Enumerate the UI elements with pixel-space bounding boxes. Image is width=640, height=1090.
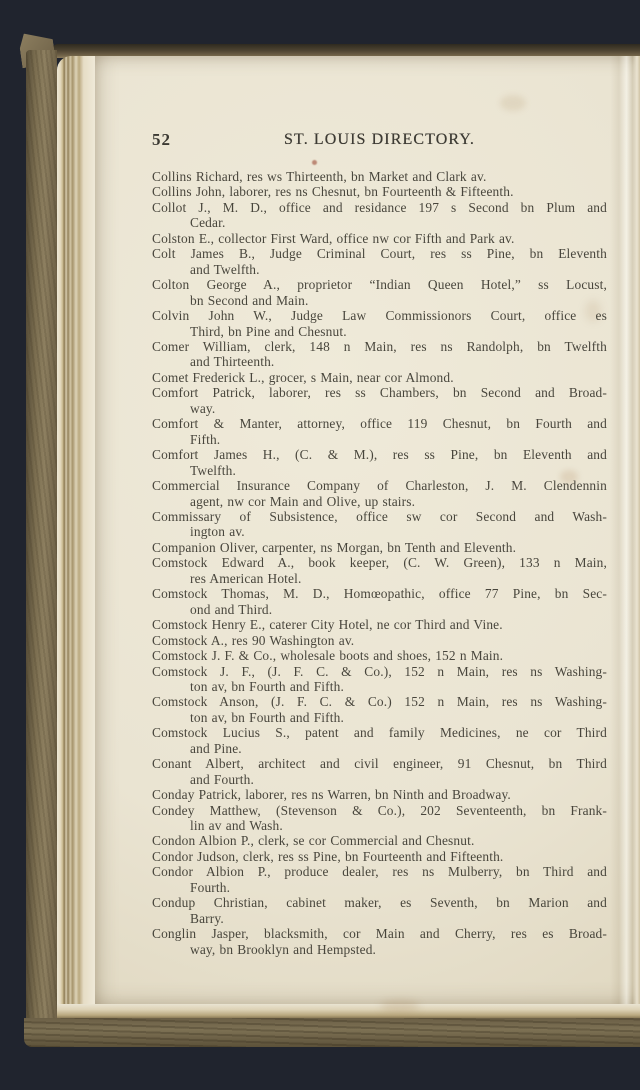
directory-entry: Colton George A., proprietor “Indian Que… [152,277,607,308]
directory-entry: Colt James B., Judge Criminal Court, res… [152,246,607,277]
directory-entry: Comstock Edward A., book keeper, (C. W. … [152,555,607,586]
entry-line: Commissary of Subsistence, office sw cor… [152,509,607,524]
entry-line: ton av, bn Fourth and Fifth. [152,679,607,694]
directory-entry: Conday Patrick, laborer, res ns Warren, … [152,787,607,802]
photo-backdrop: 52 ST. LOUIS DIRECTORY. Collins Richard,… [0,0,640,1090]
directory-entry: Comfort James H., (C. & M.), res ss Pine… [152,447,607,478]
entry-line: Colvin John W., Judge Law Commissionors … [152,308,607,323]
directory-entry: Comstock Lucius S., patent and family Me… [152,725,607,756]
entry-line: Barry. [152,911,607,926]
directory-entry: Condor Albion P., produce dealer, res ns… [152,864,607,895]
entry-line: Collins Richard, res ws Thirteenth, bn M… [152,169,607,184]
entry-line: Fifth. [152,432,607,447]
entry-line: Comstock A., res 90 Washington av. [152,633,607,648]
entry-line: Comstock Henry E., caterer City Hotel, n… [152,617,607,632]
directory-entry: Comfort & Manter, attorney, office 119 C… [152,416,607,447]
entry-line: and Fourth. [152,772,607,787]
directory-entry: Condup Christian, cabinet maker, es Seve… [152,895,607,926]
directory-entry: Comstock Henry E., caterer City Hotel, n… [152,617,607,632]
entry-line: Condor Albion P., produce dealer, res ns… [152,864,607,879]
directory-entry: Colston E., collector First Ward, office… [152,231,607,246]
directory-entry: Commercial Insurance Company of Charlest… [152,478,607,509]
entry-line: Comstock Lucius S., patent and family Me… [152,725,607,740]
directory-entry: Collins Richard, res ws Thirteenth, bn M… [152,169,607,184]
directory-entry: Comet Frederick L., grocer, s Main, near… [152,370,607,385]
entry-line: way. [152,401,607,416]
book-cover-left [26,50,57,1046]
book-cover-bottom [24,1018,640,1047]
entry-line: Third, bn Pine and Chesnut. [152,324,607,339]
page-fore-edge-right [610,56,640,1004]
entry-line: Conday Patrick, laborer, res ns Warren, … [152,787,607,802]
entry-line: and Pine. [152,741,607,756]
directory-entry: Colvin John W., Judge Law Commissionors … [152,308,607,339]
directory-entry: Comstock J. F., (J. F. C. & Co.), 152 n … [152,664,607,695]
entry-line: agent, nw cor Main and Olive, up stairs. [152,494,607,509]
entry-line: Colt James B., Judge Criminal Court, res… [152,246,607,261]
directory-entry: Collot J., M. D., office and residance 1… [152,200,607,231]
entry-line: Comfort & Manter, attorney, office 119 C… [152,416,607,431]
entry-line: ington av. [152,524,607,539]
entry-line: ond and Third. [152,602,607,617]
directory-entry: Companion Oliver, carpenter, ns Morgan, … [152,540,607,555]
entry-line: Colton George A., proprietor “Indian Que… [152,277,607,292]
page-header: 52 ST. LOUIS DIRECTORY. [152,130,607,152]
entry-line: Comfort James H., (C. & M.), res ss Pine… [152,447,607,462]
entry-line: Condey Matthew, (Stevenson & Co.), 202 S… [152,803,607,818]
entry-line: Colston E., collector First Ward, office… [152,231,607,246]
page-title: ST. LOUIS DIRECTORY. [152,131,607,149]
entry-line: and Twelfth. [152,262,607,277]
entry-line: Comstock Edward A., book keeper, (C. W. … [152,555,607,570]
directory-entry: Commissary of Subsistence, office sw cor… [152,509,607,540]
entry-line: way, bn Brooklyn and Hempsted. [152,942,607,957]
entry-line: ton av, bn Fourth and Fifth. [152,710,607,725]
directory-list: Collins Richard, res ws Thirteenth, bn M… [152,169,607,957]
directory-entry: Comfort Patrick, laborer, res ss Chamber… [152,385,607,416]
directory-entry: Condey Matthew, (Stevenson & Co.), 202 S… [152,803,607,834]
page-edges-bottom [57,1004,640,1018]
entry-line: Comstock J. F., (J. F. C. & Co.), 152 n … [152,664,607,679]
entry-line: Comet Frederick L., grocer, s Main, near… [152,370,607,385]
entry-line: Collins John, laborer, res ns Chesnut, b… [152,184,607,199]
directory-entry: Comstock J. F. & Co., wholesale boots an… [152,648,607,663]
entry-line: Comer William, clerk, 148 n Main, res ns… [152,339,607,354]
directory-entry: Collins John, laborer, res ns Chesnut, b… [152,184,607,199]
entry-line: Condon Albion P., clerk, se cor Commerci… [152,833,607,848]
entry-line: Companion Oliver, carpenter, ns Morgan, … [152,540,607,555]
directory-entry: Conglin Jasper, blacksmith, cor Main and… [152,926,607,957]
entry-line: Collot J., M. D., office and residance 1… [152,200,607,215]
entry-line: Twelfth. [152,463,607,478]
page-content: 52 ST. LOUIS DIRECTORY. Collins Richard,… [152,130,607,957]
directory-entry: Comstock Thomas, M. D., Homœopathic, off… [152,586,607,617]
entry-line: Comfort Patrick, laborer, res ss Chamber… [152,385,607,400]
entry-line: Conant Albert, architect and civil engin… [152,756,607,771]
entry-line: and Thirteenth. [152,354,607,369]
directory-entry: Condor Judson, clerk, res ss Pine, bn Fo… [152,849,607,864]
directory-entry: Conant Albert, architect and civil engin… [152,756,607,787]
entry-line: Commercial Insurance Company of Charlest… [152,478,607,493]
entry-line: Comstock Anson, (J. F. C. & Co.) 152 n M… [152,694,607,709]
entry-line: Fourth. [152,880,607,895]
entry-line: Conglin Jasper, blacksmith, cor Main and… [152,926,607,941]
directory-entry: Comer William, clerk, 148 n Main, res ns… [152,339,607,370]
entry-line: res American Hotel. [152,571,607,586]
entry-line: Condor Judson, clerk, res ss Pine, bn Fo… [152,849,607,864]
entry-line: Comstock J. F. & Co., wholesale boots an… [152,648,607,663]
page-edges-left [57,56,95,1018]
entry-line: Condup Christian, cabinet maker, es Seve… [152,895,607,910]
directory-entry: Comstock Anson, (J. F. C. & Co.) 152 n M… [152,694,607,725]
directory-entry: Comstock A., res 90 Washington av. [152,633,607,648]
entry-line: Comstock Thomas, M. D., Homœopathic, off… [152,586,607,601]
entry-line: Cedar. [152,215,607,230]
directory-entry: Condon Albion P., clerk, se cor Commerci… [152,833,607,848]
entry-line: bn Second and Main. [152,293,607,308]
entry-line: lin av and Wash. [152,818,607,833]
